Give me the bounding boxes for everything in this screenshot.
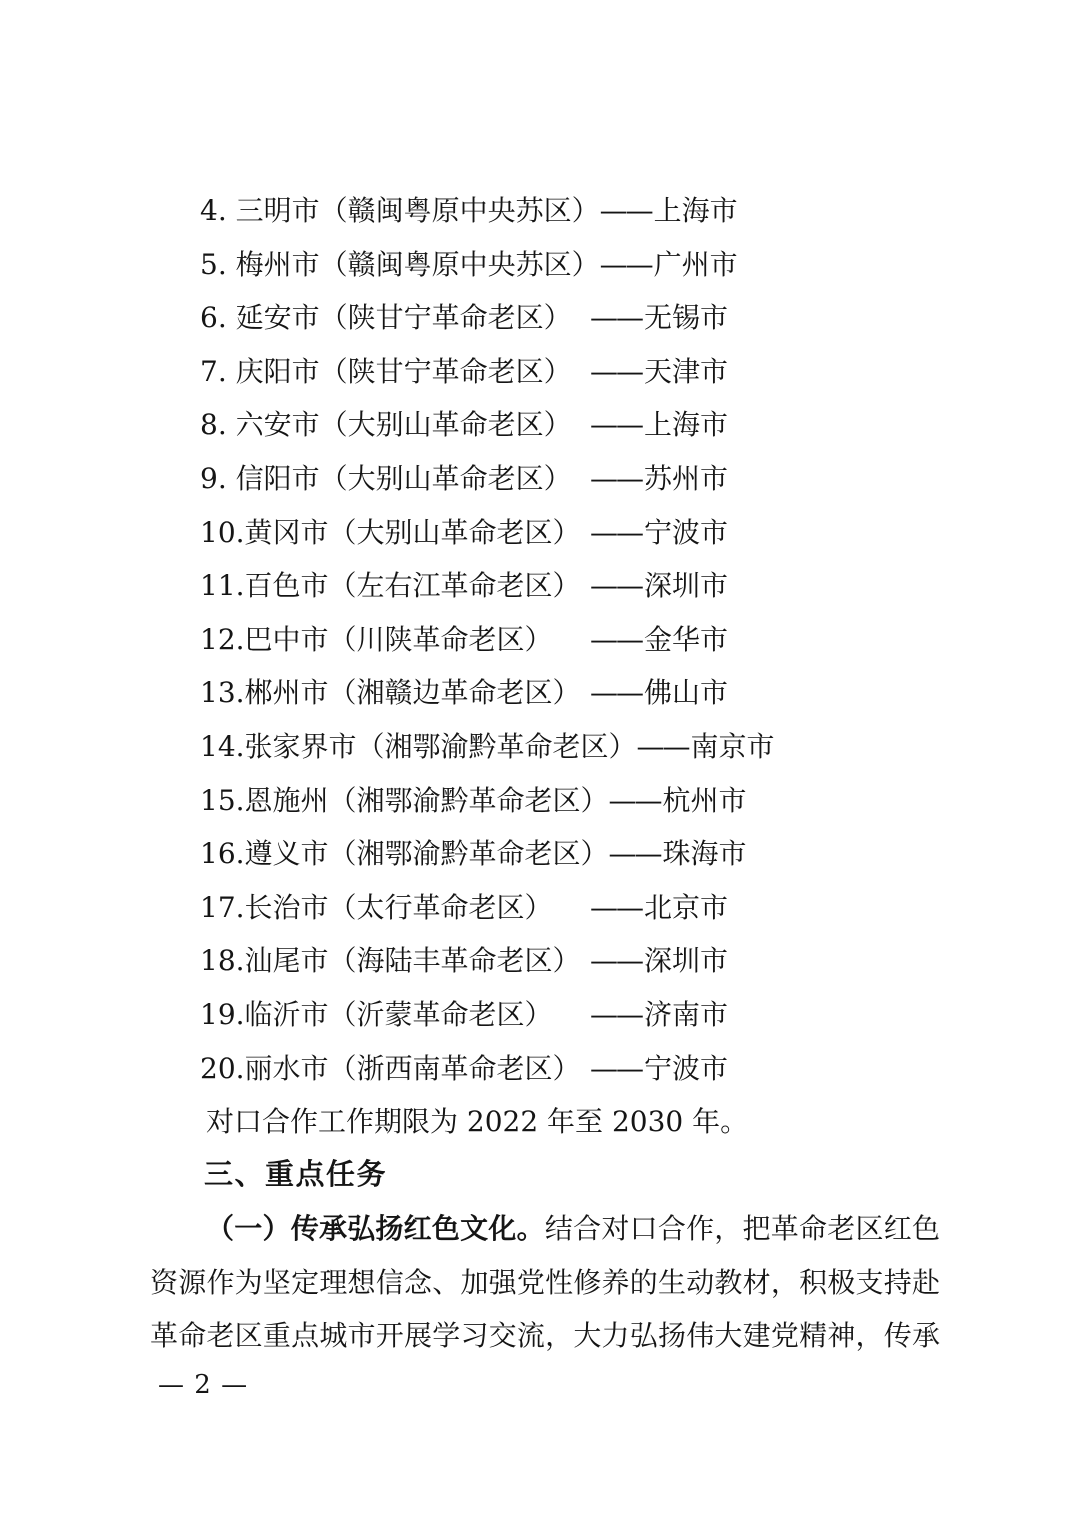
pairing-item-left-text: 17.长治市（太行革命老区） bbox=[200, 881, 590, 935]
connector-dash: —— bbox=[590, 516, 642, 549]
pairing-list-item: 16.遵义市（湘鄂渝黔革命老区）——珠海市 bbox=[150, 827, 940, 881]
connector-dash: —— bbox=[609, 837, 661, 870]
pairing-item-left-text: 14.张家界市（湘鄂渝黔革命老区） bbox=[200, 720, 637, 774]
pairing-list-item: 11.百色市（左右江革命老区）——深圳市 bbox=[150, 559, 940, 613]
pairing-list-item: 20.丽水市（浙西南革命老区）——宁波市 bbox=[150, 1042, 940, 1096]
pairing-item-right: ——济南市 bbox=[590, 988, 728, 1042]
pairing-item-partner-city: 深圳市 bbox=[644, 944, 728, 977]
pairing-item-partner-city: 上海市 bbox=[644, 408, 728, 441]
connector-dash: —— bbox=[600, 248, 652, 281]
pairing-item-left-text: 10.黄冈市（大别山革命老区） bbox=[200, 506, 590, 560]
paragraph-line-1-rest: 结合对口合作，把革命老区红色 bbox=[545, 1212, 940, 1245]
pairing-item-right: ——宁波市 bbox=[590, 1042, 728, 1096]
pairing-item-right: ——北京市 bbox=[590, 881, 728, 935]
pairing-item-partner-city: 无锡市 bbox=[644, 301, 728, 334]
pairing-item-partner-city: 宁波市 bbox=[644, 1052, 728, 1085]
pairing-item-left-text: 12.巴中市（川陕革命老区） bbox=[200, 613, 590, 667]
pairing-item-left-text: 4. 三明市（赣闽粤原中央苏区） bbox=[200, 184, 600, 238]
pairing-item-left-text: 7. 庆阳市（陕甘宁革命老区） bbox=[200, 345, 590, 399]
pairing-item-partner-city: 北京市 bbox=[644, 891, 728, 924]
pairing-item-right: ——苏州市 bbox=[590, 452, 728, 506]
pairing-list-item: 17.长治市（太行革命老区）——北京市 bbox=[150, 881, 940, 935]
pairing-item-right: ——珠海市 bbox=[609, 827, 747, 881]
pairing-item-partner-city: 金华市 bbox=[644, 623, 728, 656]
connector-dash: —— bbox=[609, 784, 661, 817]
pairing-item-right: ——杭州市 bbox=[609, 774, 747, 828]
pairing-item-left-text: 19.临沂市（沂蒙革命老区） bbox=[200, 988, 590, 1042]
pairing-item-partner-city: 佛山市 bbox=[644, 676, 728, 709]
pairing-list-item: 15.恩施州（湘鄂渝黔革命老区）——杭州市 bbox=[150, 774, 940, 828]
pairing-item-right: ——天津市 bbox=[590, 345, 728, 399]
pairing-item-partner-city: 珠海市 bbox=[663, 837, 747, 870]
pairing-item-partner-city: 深圳市 bbox=[644, 569, 728, 602]
pairing-item-left-text: 8. 六安市（大别山革命老区） bbox=[200, 398, 590, 452]
connector-dash: —— bbox=[590, 623, 642, 656]
pairing-item-right: ——无锡市 bbox=[590, 291, 728, 345]
pairing-item-partner-city: 济南市 bbox=[644, 998, 728, 1031]
pairing-item-left-text: 13.郴州市（湘赣边革命老区） bbox=[200, 666, 590, 720]
pairing-item-right: ——上海市 bbox=[590, 398, 728, 452]
connector-dash: —— bbox=[590, 301, 642, 334]
pairing-list-item: 4. 三明市（赣闽粤原中央苏区）——上海市 bbox=[150, 184, 940, 238]
pairing-item-right: ——佛山市 bbox=[590, 666, 728, 720]
pairing-list-item: 12.巴中市（川陕革命老区）——金华市 bbox=[150, 613, 940, 667]
pairing-list-item: 7. 庆阳市（陕甘宁革命老区）——天津市 bbox=[150, 345, 940, 399]
pairing-item-right: ——金华市 bbox=[590, 613, 728, 667]
pairing-item-left-text: 15.恩施州（湘鄂渝黔革命老区） bbox=[200, 774, 609, 828]
pairing-item-right: ——深圳市 bbox=[590, 934, 728, 988]
pairing-item-partner-city: 广州市 bbox=[654, 248, 738, 281]
pairing-list-item: 9. 信阳市（大别山革命老区）——苏州市 bbox=[150, 452, 940, 506]
connector-dash: —— bbox=[590, 1052, 642, 1085]
page-number: — 2 — bbox=[150, 1365, 940, 1405]
connector-dash: —— bbox=[590, 408, 642, 441]
pairing-item-left-text: 18.汕尾市（海陆丰革命老区） bbox=[200, 934, 590, 988]
paragraph-line-2: 资源作为坚定理想信念、加强党性修养的生动教材，积极支持赴 bbox=[150, 1256, 940, 1310]
connector-dash: —— bbox=[637, 730, 689, 763]
pairing-item-left-text: 11.百色市（左右江革命老区） bbox=[200, 559, 590, 613]
paragraph-line-3: 革命老区重点城市开展学习交流，大力弘扬伟大建党精神，传承 bbox=[150, 1309, 940, 1363]
pairing-item-right: ——深圳市 bbox=[590, 559, 728, 613]
pairing-item-partner-city: 南京市 bbox=[691, 730, 775, 763]
pairing-item-left-text: 5. 梅州市（赣闽粤原中央苏区） bbox=[200, 238, 600, 292]
pairing-list-item: 13.郴州市（湘赣边革命老区）——佛山市 bbox=[150, 666, 940, 720]
connector-dash: —— bbox=[590, 944, 642, 977]
paragraph-line-1: （一）传承弘扬红色文化。结合对口合作，把革命老区红色 bbox=[150, 1202, 940, 1256]
section-heading: 三、重点任务 bbox=[150, 1149, 940, 1203]
connector-dash: —— bbox=[590, 355, 642, 388]
connector-dash: —— bbox=[600, 194, 652, 227]
pairing-item-partner-city: 天津市 bbox=[644, 355, 728, 388]
pairing-item-left-text: 16.遵义市（湘鄂渝黔革命老区） bbox=[200, 827, 609, 881]
connector-dash: —— bbox=[590, 676, 642, 709]
pairing-item-right: ——南京市 bbox=[637, 720, 775, 774]
pairing-item-left-text: 20.丽水市（浙西南革命老区） bbox=[200, 1042, 590, 1096]
pairing-list-item: 14.张家界市（湘鄂渝黔革命老区）——南京市 bbox=[150, 720, 940, 774]
connector-dash: —— bbox=[590, 998, 642, 1031]
connector-dash: —— bbox=[590, 569, 642, 602]
pairing-item-left-text: 9. 信阳市（大别山革命老区） bbox=[200, 452, 590, 506]
pairing-item-left-text: 6. 延安市（陕甘宁革命老区） bbox=[200, 291, 590, 345]
pairing-list-item: 18.汕尾市（海陆丰革命老区）——深圳市 bbox=[150, 934, 940, 988]
pairing-item-partner-city: 杭州市 bbox=[663, 784, 747, 817]
pairing-list-item: 5. 梅州市（赣闽粤原中央苏区）——广州市 bbox=[150, 238, 940, 292]
pairing-item-right: ——宁波市 bbox=[590, 506, 728, 560]
pairing-item-right: ——上海市 bbox=[600, 184, 738, 238]
pairing-list-item: 8. 六安市（大别山革命老区）——上海市 bbox=[150, 398, 940, 452]
pairing-item-partner-city: 宁波市 bbox=[644, 516, 728, 549]
document-page: 4. 三明市（赣闽粤原中央苏区）——上海市 5. 梅州市（赣闽粤原中央苏区）——… bbox=[0, 0, 1080, 1527]
pairing-list-item: 19.临沂市（沂蒙革命老区）——济南市 bbox=[150, 988, 940, 1042]
connector-dash: —— bbox=[590, 462, 642, 495]
cooperation-period-note: 对口合作工作期限为 2022 年至 2030 年。 bbox=[150, 1095, 940, 1149]
pairing-item-partner-city: 苏州市 bbox=[644, 462, 728, 495]
pairing-list-item: 6. 延安市（陕甘宁革命老区）——无锡市 bbox=[150, 291, 940, 345]
pairing-list-item: 10.黄冈市（大别山革命老区）——宁波市 bbox=[150, 506, 940, 560]
connector-dash: —— bbox=[590, 891, 642, 924]
paragraph-lead-bold: （一）传承弘扬红色文化。 bbox=[206, 1212, 545, 1245]
pairing-list: 4. 三明市（赣闽粤原中央苏区）——上海市 5. 梅州市（赣闽粤原中央苏区）——… bbox=[150, 184, 940, 1095]
body-paragraph: （一）传承弘扬红色文化。结合对口合作，把革命老区红色 资源作为坚定理想信念、加强… bbox=[150, 1202, 940, 1363]
pairing-item-right: ——广州市 bbox=[600, 238, 738, 292]
pairing-item-partner-city: 上海市 bbox=[654, 194, 738, 227]
